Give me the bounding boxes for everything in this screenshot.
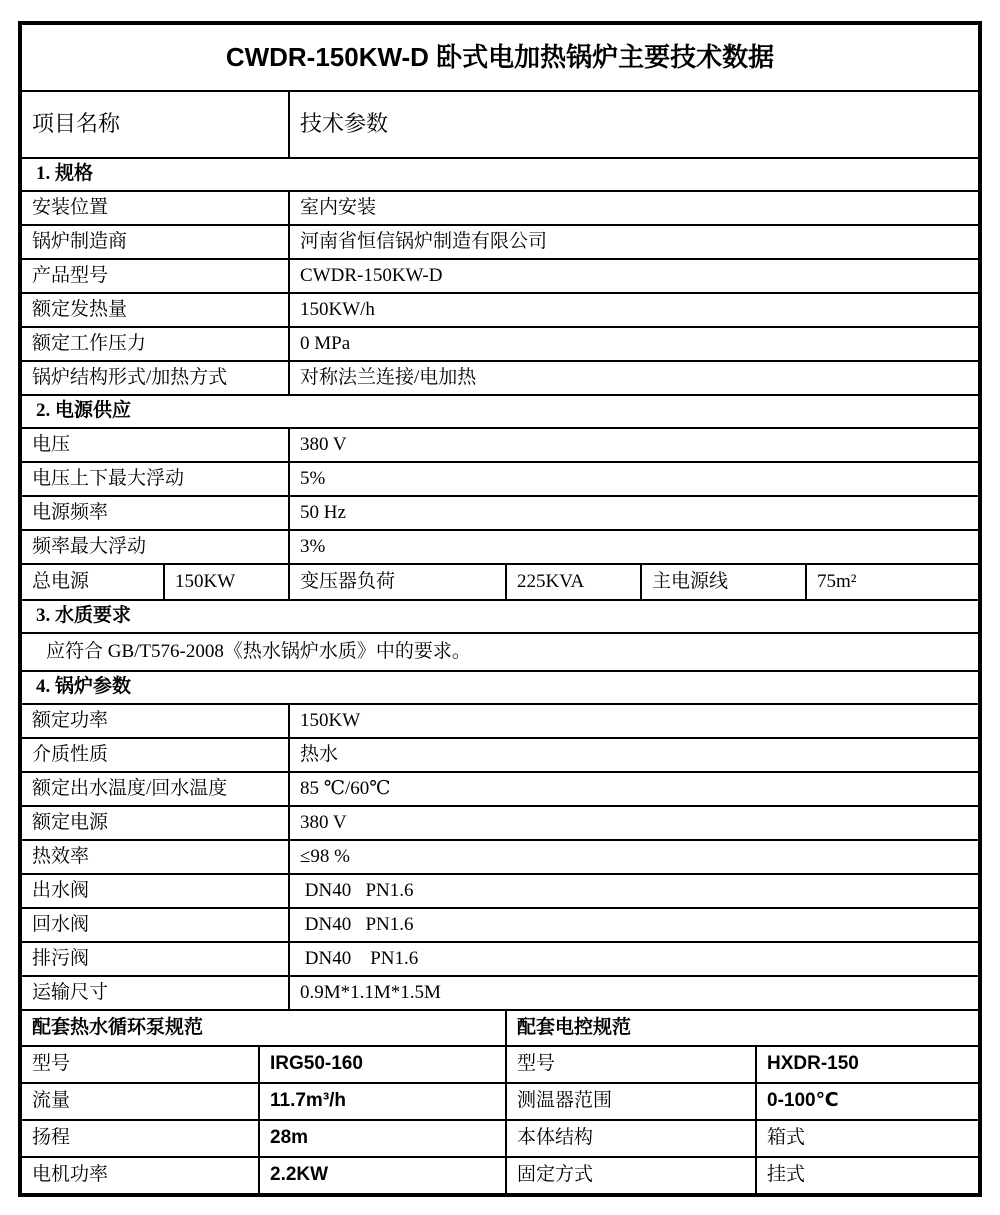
control-model-value: HXDR-150 <box>755 1047 978 1082</box>
row-value: 150KW <box>288 705 978 737</box>
pump-model-label: 型号 <box>22 1047 258 1082</box>
table-row: 排污阀 DN40 PN1.6 <box>22 941 978 975</box>
section-heading: 3. 水质要求 <box>22 601 978 632</box>
row-label: 运输尺寸 <box>22 977 288 1009</box>
boiler-spec-page: CWDR-150KW-D 卧式电加热锅炉主要技术数据 项目名称 技术参数 1. … <box>0 0 1000 1215</box>
row-label: 电压 <box>22 429 288 461</box>
transformer-load-value: 225KVA <box>505 565 640 599</box>
table-row: 额定电源 380 V <box>22 805 978 839</box>
accessories-row: 流量 11.7m³/h 测温器范围 0-100℃ <box>22 1082 978 1119</box>
transformer-load-label: 变压器负荷 <box>288 565 505 599</box>
total-power-value: 150KW <box>163 565 288 599</box>
total-power-row: 总电源 150KW 变压器负荷 225KVA 主电源线 75m² <box>22 563 978 599</box>
pump-head-label: 扬程 <box>22 1121 258 1156</box>
row-label: 电源频率 <box>22 497 288 529</box>
section-heading: 2. 电源供应 <box>22 396 978 427</box>
row-value: 5% <box>288 463 978 495</box>
table-row: 出水阀 DN40 PN1.6 <box>22 873 978 907</box>
accessories-header-row: 配套热水循环泵规范 配套电控规范 <box>22 1009 978 1045</box>
row-label: 额定发热量 <box>22 294 288 326</box>
title-row: CWDR-150KW-D 卧式电加热锅炉主要技术数据 <box>22 25 978 90</box>
table-row: 额定工作压力 0 MPa <box>22 326 978 360</box>
table-row: 电源频率 50 Hz <box>22 495 978 529</box>
table-row: 额定发热量 150KW/h <box>22 292 978 326</box>
section-heading-row: 4. 锅炉参数 <box>22 670 978 703</box>
page-title: CWDR-150KW-D 卧式电加热锅炉主要技术数据 <box>22 25 978 90</box>
mounting-method-value: 挂式 <box>755 1158 978 1193</box>
table-row: 额定出水温度/回水温度 85 ℃/60℃ <box>22 771 978 805</box>
row-label: 锅炉制造商 <box>22 226 288 258</box>
motor-power-label: 电机功率 <box>22 1158 258 1193</box>
col-header-param: 技术参数 <box>288 92 978 157</box>
row-label: 额定工作压力 <box>22 328 288 360</box>
pump-model-value: IRG50-160 <box>258 1047 505 1082</box>
main-power-line-value: 75m² <box>805 565 978 599</box>
water-quality-note-row: 应符合 GB/T576-2008《热水锅炉水质》中的要求。 <box>22 632 978 670</box>
row-value: 50 Hz <box>288 497 978 529</box>
row-value: DN40 PN1.6 <box>288 875 978 907</box>
row-value: DN40 PN1.6 <box>288 943 978 975</box>
body-structure-value: 箱式 <box>755 1121 978 1156</box>
table-row: 电压上下最大浮动 5% <box>22 461 978 495</box>
thermometer-range-value: 0-100℃ <box>755 1084 978 1119</box>
table-row: 锅炉制造商 河南省恒信锅炉制造有限公司 <box>22 224 978 258</box>
table-row: 回水阀 DN40 PN1.6 <box>22 907 978 941</box>
row-label: 额定功率 <box>22 705 288 737</box>
row-label: 回水阀 <box>22 909 288 941</box>
column-header-row: 项目名称 技术参数 <box>22 90 978 157</box>
row-label: 出水阀 <box>22 875 288 907</box>
row-value: 380 V <box>288 807 978 839</box>
table-row: 热效率 ≤98 % <box>22 839 978 873</box>
row-value: DN40 PN1.6 <box>288 909 978 941</box>
table-row: 安装位置 室内安装 <box>22 190 978 224</box>
pump-flow-label: 流量 <box>22 1084 258 1119</box>
row-value: 室内安装 <box>288 192 978 224</box>
table-row: 额定功率 150KW <box>22 703 978 737</box>
control-spec-header: 配套电控规范 <box>505 1011 978 1045</box>
motor-power-value: 2.2KW <box>258 1158 505 1193</box>
row-value: 0 MPa <box>288 328 978 360</box>
col-header-item: 项目名称 <box>22 92 288 157</box>
row-value: 380 V <box>288 429 978 461</box>
pump-spec-header: 配套热水循环泵规范 <box>22 1011 505 1045</box>
total-power-label: 总电源 <box>22 565 163 599</box>
row-value: 85 ℃/60℃ <box>288 773 978 805</box>
row-label: 安装位置 <box>22 192 288 224</box>
row-label: 热效率 <box>22 841 288 873</box>
body-structure-label: 本体结构 <box>505 1121 755 1156</box>
row-label: 锅炉结构形式/加热方式 <box>22 362 288 394</box>
row-label: 介质性质 <box>22 739 288 771</box>
row-label: 排污阀 <box>22 943 288 975</box>
spec-table: CWDR-150KW-D 卧式电加热锅炉主要技术数据 项目名称 技术参数 1. … <box>18 21 982 1197</box>
row-value: 150KW/h <box>288 294 978 326</box>
pump-flow-value: 11.7m³/h <box>258 1084 505 1119</box>
table-row: 锅炉结构形式/加热方式 对称法兰连接/电加热 <box>22 360 978 394</box>
row-label: 额定出水温度/回水温度 <box>22 773 288 805</box>
section-heading-row: 1. 规格 <box>22 157 978 190</box>
row-value: 对称法兰连接/电加热 <box>288 362 978 394</box>
mounting-method-label: 固定方式 <box>505 1158 755 1193</box>
table-row: 运输尺寸 0.9M*1.1M*1.5M <box>22 975 978 1009</box>
row-value: 0.9M*1.1M*1.5M <box>288 977 978 1009</box>
main-power-line-label: 主电源线 <box>640 565 805 599</box>
row-label: 电压上下最大浮动 <box>22 463 288 495</box>
water-quality-note: 应符合 GB/T576-2008《热水锅炉水质》中的要求。 <box>22 634 978 670</box>
row-value: 3% <box>288 531 978 563</box>
section-heading: 4. 锅炉参数 <box>22 672 978 703</box>
accessories-row: 电机功率 2.2KW 固定方式 挂式 <box>22 1156 978 1193</box>
section-heading: 1. 规格 <box>22 159 978 190</box>
accessories-row: 型号 IRG50-160 型号 HXDR-150 <box>22 1045 978 1082</box>
table-row: 介质性质 热水 <box>22 737 978 771</box>
table-row: 产品型号 CWDR-150KW-D <box>22 258 978 292</box>
thermometer-range-label: 测温器范围 <box>505 1084 755 1119</box>
row-label: 额定电源 <box>22 807 288 839</box>
table-row: 电压 380 V <box>22 427 978 461</box>
section-heading-row: 3. 水质要求 <box>22 599 978 632</box>
row-label: 产品型号 <box>22 260 288 292</box>
row-value: 热水 <box>288 739 978 771</box>
row-label: 频率最大浮动 <box>22 531 288 563</box>
control-model-label: 型号 <box>505 1047 755 1082</box>
pump-head-value: 28m <box>258 1121 505 1156</box>
row-value: 河南省恒信锅炉制造有限公司 <box>288 226 978 258</box>
section-heading-row: 2. 电源供应 <box>22 394 978 427</box>
table-row: 频率最大浮动 3% <box>22 529 978 563</box>
row-value: ≤98 % <box>288 841 978 873</box>
accessories-row: 扬程 28m 本体结构 箱式 <box>22 1119 978 1156</box>
row-value: CWDR-150KW-D <box>288 260 978 292</box>
